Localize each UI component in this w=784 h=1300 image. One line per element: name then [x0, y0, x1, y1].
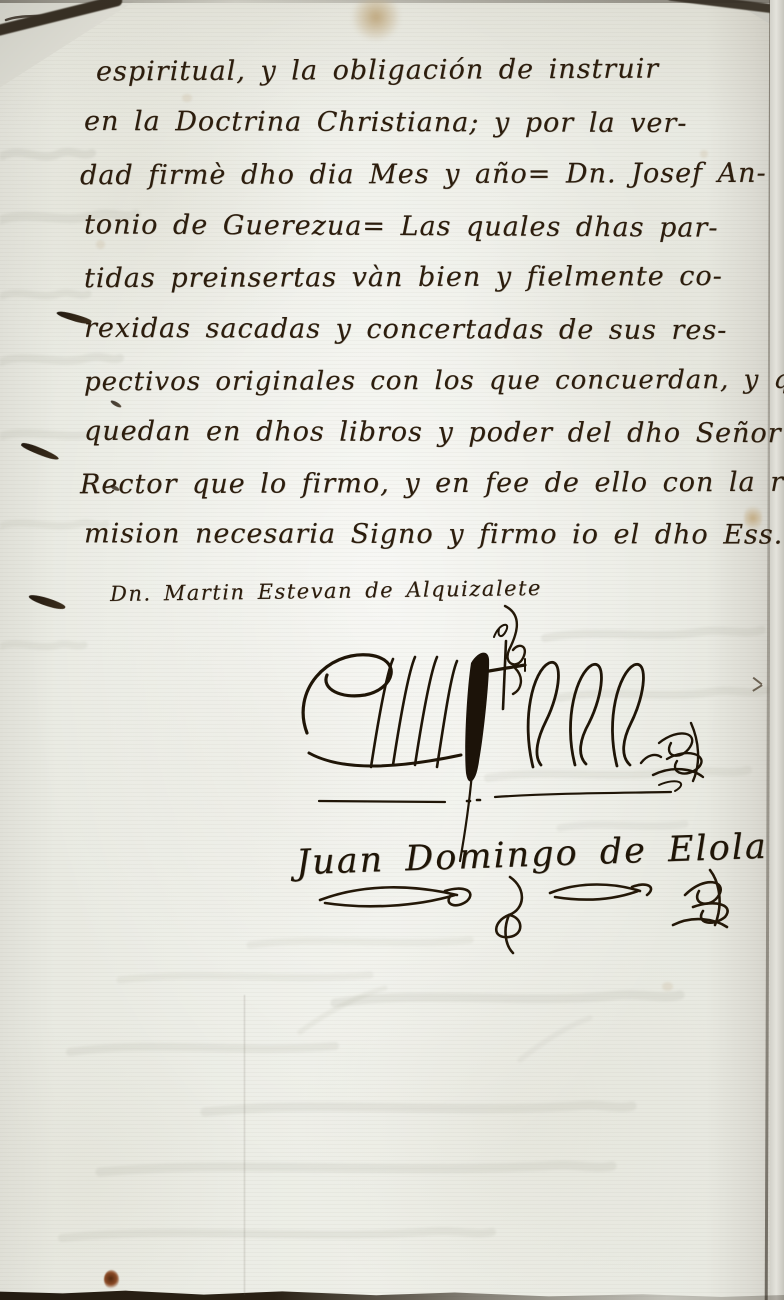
vertical-crease: [244, 995, 245, 1295]
page-right-margin-strip: [770, 0, 784, 1300]
foxing-spot: [662, 982, 673, 991]
signature-juan-domingo-de-elola: Juan Domingo de Elola: [295, 828, 768, 883]
manuscript-line: rexidas sacadas y concertadas de sus res…: [84, 314, 727, 346]
foxing-spot: [182, 94, 192, 102]
margin-ink-mark: [110, 399, 122, 408]
manuscript-line: tonio de Guerezua= Las quales dhas par-: [84, 210, 719, 243]
manuscript-line: pectivos originales con los que concuerd…: [84, 366, 784, 397]
manuscript-page: espiritual, y la obligación de instruir …: [0, 0, 784, 1300]
paper-laid-texture: [0, 0, 784, 1300]
show-through-ghost-writing: [0, 0, 784, 1300]
sign-heavy-stroke: [465, 653, 489, 782]
manuscript-line: dad firmè dho dia Mes y año= Dn. Josef A…: [80, 159, 767, 191]
manuscript-line: mision necesaria Signo y firmo io el dho…: [84, 519, 784, 550]
foxing-spot: [96, 240, 105, 249]
manuscript-line: Rector que lo firmo, y en fee de ello co…: [80, 468, 784, 500]
stain: [350, 0, 402, 40]
name-line-flourish: [495, 598, 545, 698]
manuscript-line: espiritual, y la obligación de instruir: [96, 55, 659, 88]
paper-mottling: [0, 0, 784, 1300]
margin-ink-mark: [20, 440, 59, 463]
manuscript-line: tidas preinsertas vàn bien y fielmente c…: [84, 262, 723, 294]
foxing-spot: [700, 150, 708, 158]
notarial-sign-flourish: [275, 615, 715, 865]
manuscript-line: en la Doctrina Christiana; y por la ver-: [84, 107, 687, 139]
edge-notch: [752, 684, 762, 692]
notary-name-line: Dn. Martin Estevan de Alquizalete: [110, 577, 542, 606]
rust-spot: [104, 1270, 119, 1289]
page-bottom-edge-shadow: [0, 1288, 784, 1300]
margin-ink-mark: [28, 592, 66, 613]
manuscript-line: quedan en dhos libros y poder del dho Se…: [84, 417, 782, 449]
